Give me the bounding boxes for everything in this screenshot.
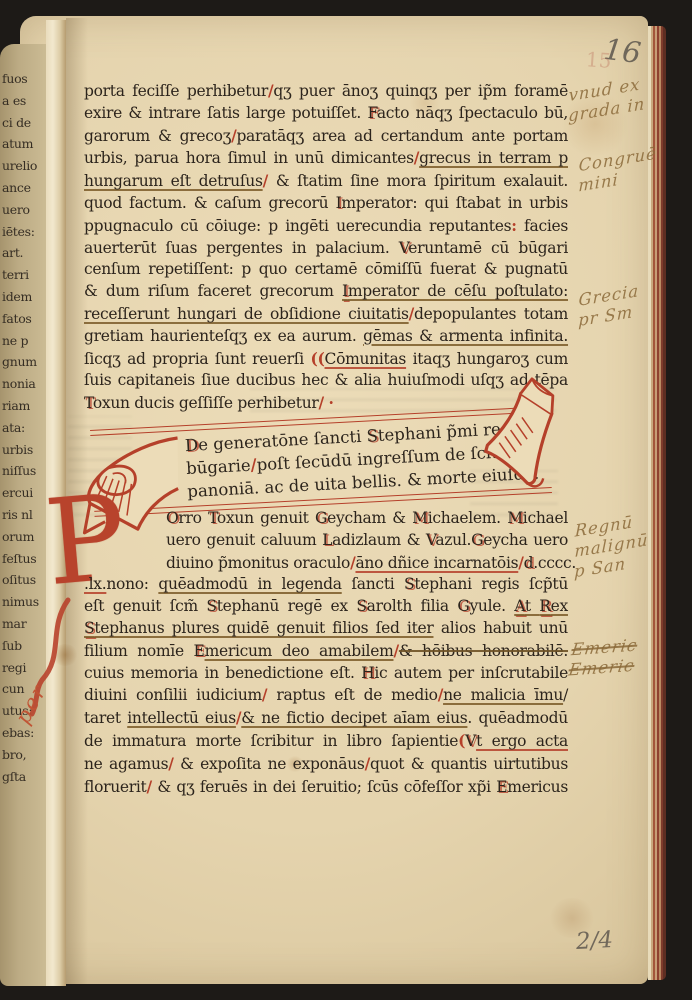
text-line: porta feciſſe perhibetur/qʒ puer ānoʒ qu…	[84, 80, 568, 103]
edge-fragment: a es	[0, 90, 46, 112]
edge-fragment: bro,	[0, 744, 46, 766]
text-line: de immatura morte ſcribitur in libro ſap…	[84, 730, 568, 753]
edge-fragment: atum	[0, 133, 46, 155]
quire-mark-pencil: 2/4	[575, 927, 613, 955]
edge-fragment: feſtus	[0, 548, 46, 570]
edge-fragment: idem	[0, 286, 46, 308]
text-line: exire & intrare ſatis large potuiſſet. F…	[84, 103, 568, 125]
edge-fragment: ebas:	[0, 722, 46, 744]
edge-fragment: gnum	[0, 351, 46, 373]
edge-fragment: ance	[0, 177, 46, 199]
edge-fragment: uero	[0, 199, 46, 221]
edge-fragment: orum	[0, 526, 46, 548]
text-line: diuini conſilii iudicium/ raptus eſt de …	[84, 684, 568, 707]
edge-fragment: ris nl	[0, 504, 46, 526]
text-line: floruerit/ & qʒ feruēs in dei ſeruitio; …	[84, 776, 568, 799]
edge-fragment: gſta	[0, 766, 46, 788]
text-line: hungarum eſt detruſus/ & ſtatim ſine mor…	[84, 170, 568, 193]
text-line: auerterūt ſuas pergentes in palacium. Ve…	[84, 238, 568, 260]
edge-fragment: ci de	[0, 112, 46, 134]
edge-fragment: riam	[0, 395, 46, 417]
text-line: eſt genuit ſcm̃ Stephanū regē ex Sarolth…	[84, 596, 568, 618]
text-line: diuino p̃monitus oraculo/āno dñice incar…	[84, 552, 568, 575]
edge-fragment: ne p	[0, 330, 46, 352]
text-line: ne agamus/ & expoſita ne exponāus/quot &…	[84, 753, 568, 776]
edge-fragment: ata:	[0, 417, 46, 439]
edge-fragment: urelio	[0, 155, 46, 177]
edge-fragment: terri	[0, 264, 46, 286]
faint-page-number: 15	[585, 47, 612, 73]
edge-fragment: oſitus	[0, 569, 46, 591]
edge-fragment: fuos	[0, 68, 46, 90]
text-line: receſſerunt hungari de obſidione ciuitat…	[84, 303, 568, 326]
text-line: gretiam haurienteſqʒ ex ea aurum. gēmas …	[84, 326, 568, 348]
text-line: ſicqʒ ad propria ſunt reuerſi ((Cōmunita…	[84, 348, 568, 371]
book-photo: fuosa esci deatumurelioanceueroiētes:art…	[0, 0, 692, 1000]
text-line: filium nomīe Emericum deo amabilem/& hōi…	[84, 640, 568, 663]
text-line: uero genuit caluum Ladizlaum & Vazul.Gey…	[84, 530, 568, 552]
edge-fragment: niſſus	[0, 460, 46, 482]
edge-fragment: ercui	[0, 482, 46, 504]
text-line: Stephanus plures quidē genuit filios ſed…	[84, 618, 568, 640]
margin-note: EmericEmeric	[567, 635, 638, 680]
edge-fragment: nonia	[0, 373, 46, 395]
banner-heading: De generatōne ſancti Stephani p̃mi regis…	[184, 418, 495, 503]
text-line: ppugnaculo cū cōiuge: p ingēti uerecundi…	[84, 215, 568, 238]
text-line: & dum riſum faceret grecorum Imperator d…	[84, 281, 568, 303]
edge-fragment: iētes:	[0, 221, 46, 243]
text-line: taret intellectū eius/& ne fictio decipe…	[84, 707, 568, 730]
text-line: urbis, parua hora ſimul in unū dimicante…	[84, 147, 568, 170]
text-line: cuius memoria in benedictione eſt. Hic a…	[84, 663, 568, 685]
text-line: quod factum. & caſum grecorū Imperator: …	[84, 193, 568, 215]
edge-fragment: urbis	[0, 439, 46, 461]
text-line: .lx.nono: quēadmodū in legenda ſancti St…	[84, 574, 568, 596]
text-line: garorum & grecoʒ/paratāqʒ area ad certan…	[84, 125, 568, 148]
margin-note: Regnūmalignūp San	[574, 510, 649, 583]
previous-page-edge: fuosa esci deatumurelioanceueroiētes:art…	[0, 44, 46, 986]
text-block-1: porta feciſſe perhibetur/qʒ puer ānoʒ qu…	[84, 80, 568, 415]
banner-right-scroll-curl	[470, 371, 572, 498]
text-line: cenſum repetiſſent: p quo certamē cōmiſſ…	[84, 259, 568, 281]
text-block-2: Orro Toxun genuit Geycham & Michaelem. M…	[84, 508, 568, 798]
text-line: Orro Toxun genuit Geycham & Michaelem. M…	[84, 508, 568, 530]
edge-fragment: fatos	[0, 308, 46, 330]
edge-fragment: art.	[0, 242, 46, 264]
